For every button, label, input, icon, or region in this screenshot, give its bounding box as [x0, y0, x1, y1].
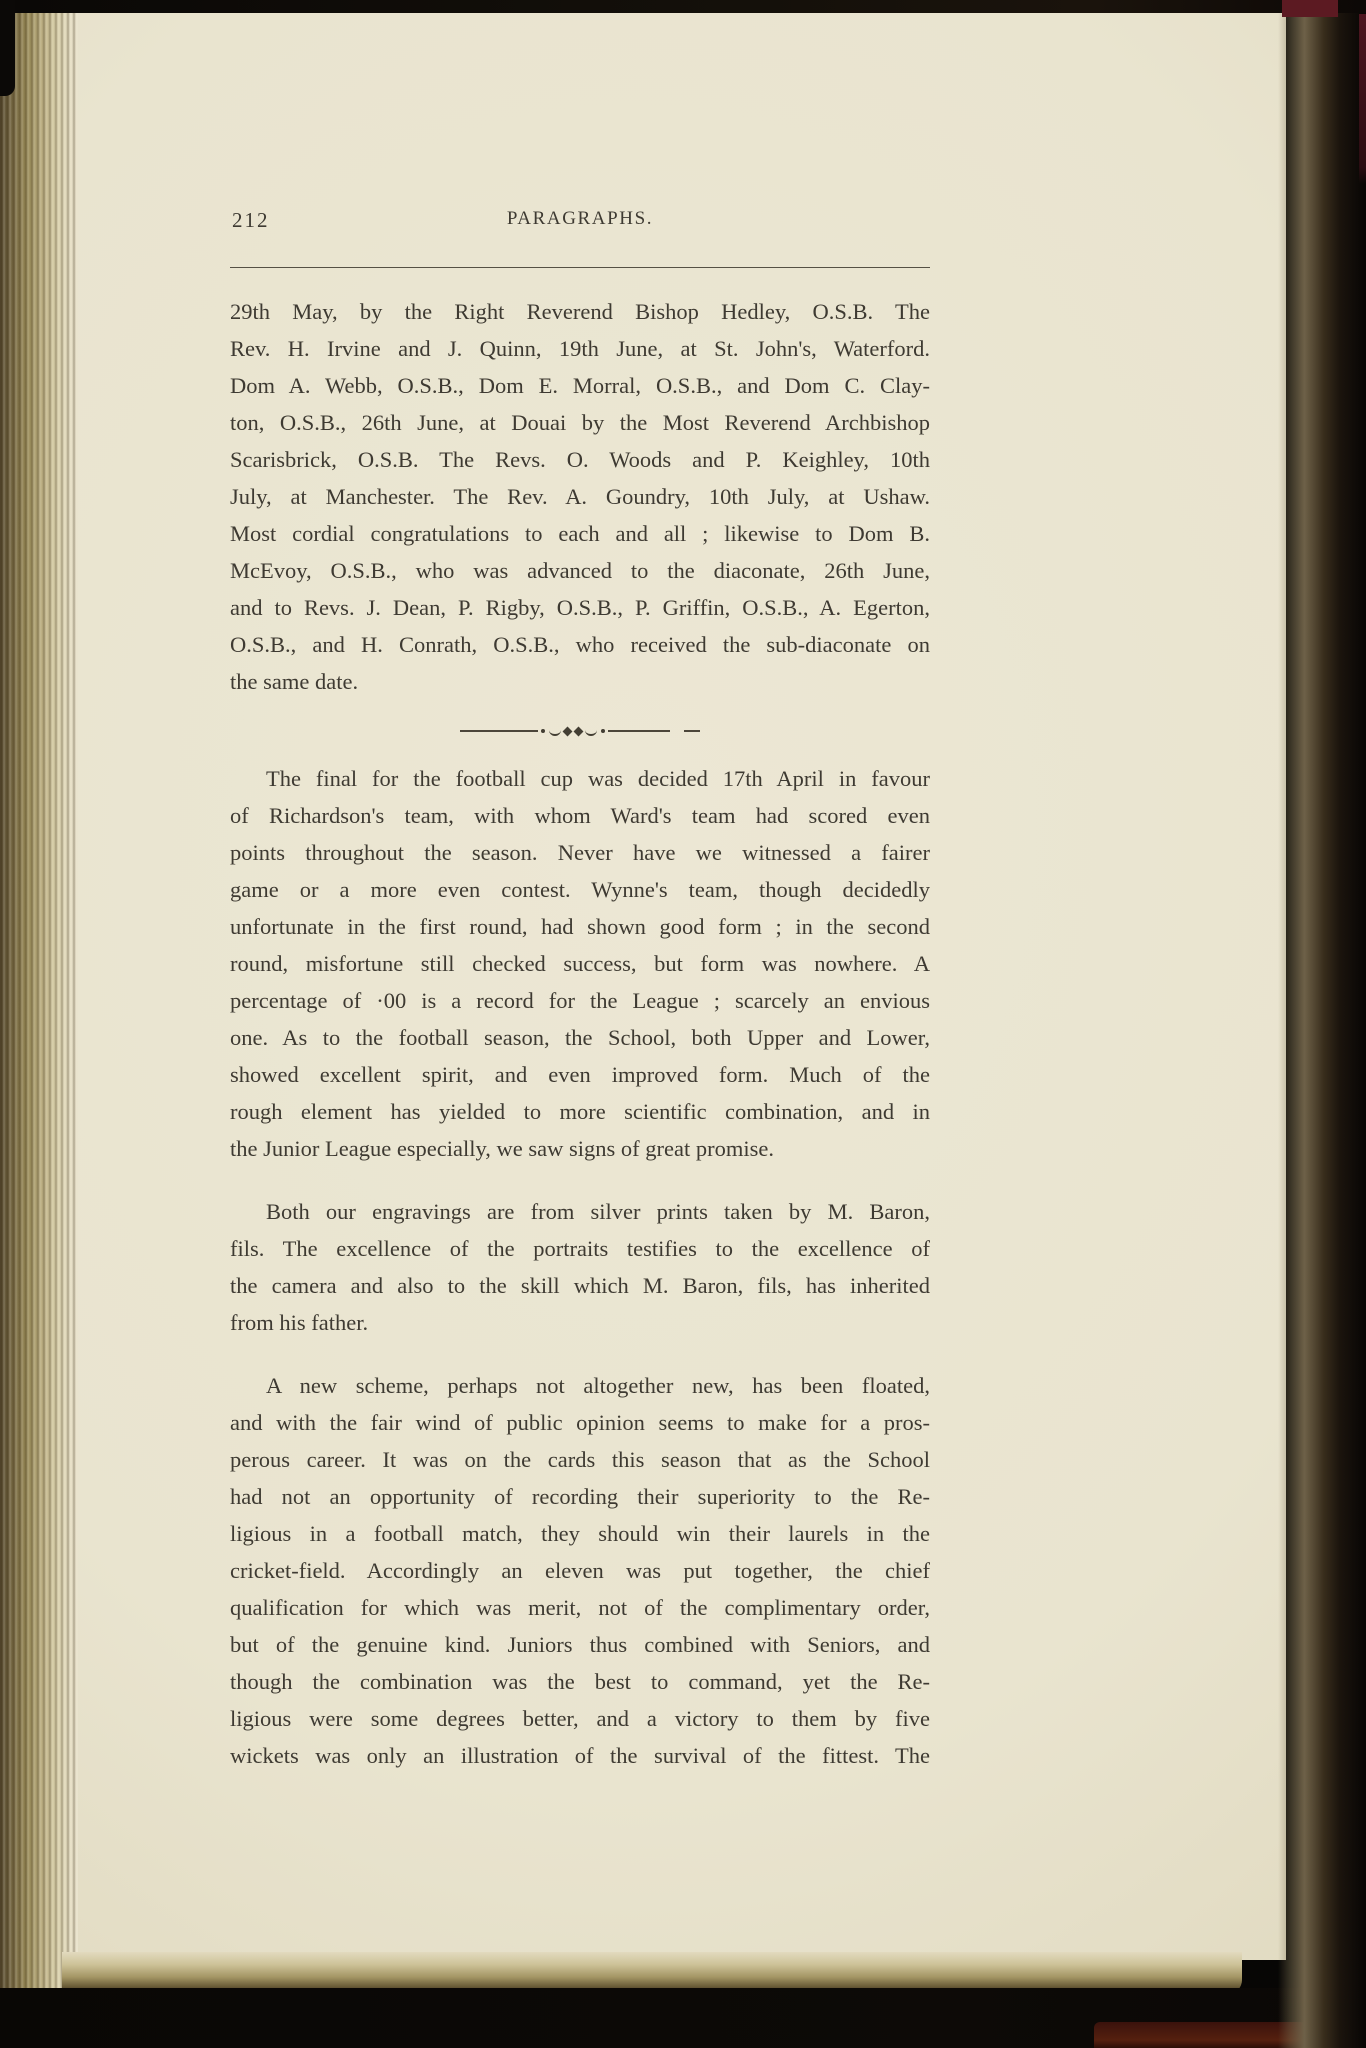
text-line: the Junior League especially, we saw sig… [230, 1130, 930, 1167]
text-line: July, at Manchester. The Rev. A. Goundry… [230, 478, 930, 515]
paragraph-block-main: The final for the football cup was decid… [230, 760, 930, 1774]
text-line: and to Revs. J. Dean, P. Rigby, O.S.B., … [230, 589, 930, 626]
running-head: 212 PARAGRAPHS. [230, 208, 930, 238]
header-rule [230, 267, 930, 268]
divider-rule-right [608, 730, 670, 731]
cover-maroon-right [1359, 14, 1366, 184]
text-line: percentage of ·00 is a record for the Le… [230, 982, 930, 1019]
text-line: O.S.B., and H. Conrath, O.S.B., who rece… [230, 626, 930, 663]
text-line: Dom A. Webb, O.S.B., Dom E. Morral, O.S.… [230, 367, 930, 404]
paragraph: A new scheme, perhaps not altogether new… [230, 1367, 930, 1774]
text-line: cricket-field. Accordingly an eleven was… [230, 1552, 930, 1589]
text-line: 29th May, by the Right Reverend Bishop H… [230, 293, 930, 330]
text-line: ligious were some degrees better, and a … [230, 1700, 930, 1737]
text-line: game or a more even contest. Wynne's tea… [230, 871, 930, 908]
text-line: Rev. H. Irvine and J. Quinn, 19th June, … [230, 330, 930, 367]
text-line: though the combination was the best to c… [230, 1663, 930, 1700]
book-binding-right [1278, 0, 1366, 2048]
divider-dot-icon [601, 729, 605, 733]
text-line: and with the fair wind of public opinion… [230, 1404, 930, 1441]
text-line: wickets was only an illustration of the … [230, 1737, 930, 1774]
divider-curl-icon [585, 727, 597, 736]
text-line: showed excellent spirit, and even improv… [230, 1056, 930, 1093]
text-line: points throughout the season. Never have… [230, 834, 930, 871]
divider-curl-icon [549, 727, 561, 736]
text-line: but of the genuine kind. Juniors thus co… [230, 1626, 930, 1663]
text-line: Both our engravings are from silver prin… [230, 1193, 930, 1230]
divider-rule-tail [684, 730, 700, 731]
paragraph-block-top: 29th May, by the Right Reverend Bishop H… [230, 293, 930, 700]
text-line: from his father. [230, 1304, 930, 1341]
text-line: qualification for which was merit, not o… [230, 1589, 930, 1626]
text-line: unfortunate in the first round, had show… [230, 908, 930, 945]
text-line: of Richardson's team, with whom Ward's t… [230, 797, 930, 834]
text-line: the camera and also to the skill which M… [230, 1267, 930, 1304]
section-divider [230, 724, 930, 738]
book-cover-top-edge [0, 0, 1366, 13]
paragraph: 29th May, by the Right Reverend Bishop H… [230, 293, 930, 700]
stacked-page-edges-left [0, 12, 78, 1990]
text-line: The final for the football cup was decid… [230, 760, 930, 797]
text-line: Scarisbrick, O.S.B. The Revs. O. Woods a… [230, 441, 930, 478]
paragraph: Both our engravings are from silver prin… [230, 1193, 930, 1341]
running-header-title: PARAGRAPHS. [230, 208, 930, 230]
printed-text-area: 212 PARAGRAPHS. 29th May, by the Right R… [230, 208, 930, 1774]
text-line: perous career. It was on the cards this … [230, 1441, 930, 1478]
paragraph: The final for the football cup was decid… [230, 760, 930, 1167]
text-line: A new scheme, perhaps not altogether new… [230, 1367, 930, 1404]
text-line: ligious in a football match, they should… [230, 1515, 930, 1552]
text-line: the same date. [230, 663, 930, 700]
text-line: rough element has yielded to more scient… [230, 1093, 930, 1130]
divider-rule-left [460, 730, 538, 731]
cover-dark-top-left [0, 0, 15, 96]
text-line: Most cordial congratulations to each and… [230, 515, 930, 552]
text-line: McEvoy, O.S.B., who was advanced to the … [230, 552, 930, 589]
divider-dot-icon [541, 729, 545, 733]
text-line: round, misfortune still checked success,… [230, 945, 930, 982]
text-line: fils. The excellence of the portraits te… [230, 1230, 930, 1267]
divider-diamond-icon [563, 726, 573, 736]
text-line: had not an opportunity of recording thei… [230, 1478, 930, 1515]
book-page: 212 PARAGRAPHS. 29th May, by the Right R… [78, 12, 1286, 1960]
text-line: ton, O.S.B., 26th June, at Douai by the … [230, 404, 930, 441]
divider-diamond-icon [574, 726, 584, 736]
text-line: one. As to the football season, the Scho… [230, 1019, 930, 1056]
scanned-book-page: 212 PARAGRAPHS. 29th May, by the Right R… [0, 0, 1366, 2048]
cover-maroon-top [1282, 0, 1338, 17]
